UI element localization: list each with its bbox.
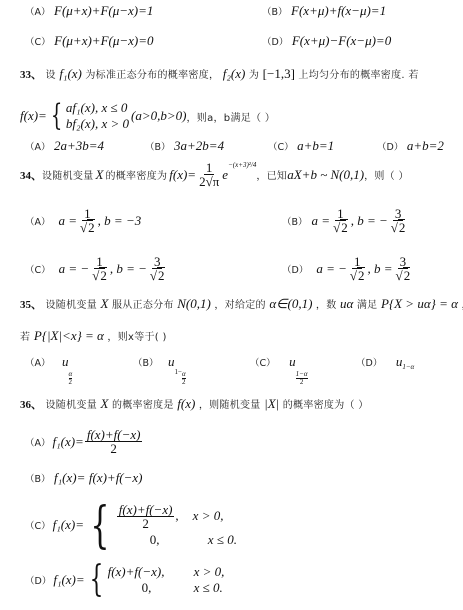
option-label: （D）: [262, 37, 288, 48]
q34-stem: 34、 设随机变量 X 的概率密度为 f(x)= 1 2√π e −(x+3)²…: [20, 161, 409, 188]
option-expr: 2a+3b=4: [54, 138, 104, 153]
stem-text: 设随机变量: [42, 167, 94, 182]
piecewise-cases: af₁(x), x ≤ 0 bf₂(x), x > 0: [66, 100, 129, 132]
stem-text: 的概率密度为（ ）: [283, 400, 369, 411]
stem-text: 设随机变量: [46, 400, 98, 411]
numerator: 1: [204, 161, 215, 175]
stem-text: ，则（ ）: [364, 167, 409, 182]
q36-option-b: （B） f₁(x)= f(x)+f(−x): [25, 470, 143, 486]
option-label: （A）: [25, 435, 51, 449]
case-2: bf₂(x), x > 0: [66, 116, 129, 132]
q36-option-d: （D） f₁(x)= { f(x)+f(−x), x > 0, 0, x ≤ 0…: [25, 562, 224, 598]
math-X: X: [101, 396, 109, 411]
q33-option-b: （B） 3a+2b=4: [145, 138, 224, 154]
comma: ,: [175, 508, 178, 524]
option-label: （A）: [25, 7, 51, 18]
option-label: （B）: [282, 214, 308, 228]
stem-text: ，对给定的: [214, 300, 266, 311]
option-expr: a+b=1: [297, 138, 334, 153]
left-brace-icon: {: [51, 101, 62, 131]
q34-option-c: （C） a = − 1√2 , b = − 3√2: [25, 255, 168, 282]
q36-option-c: （C） f₁(x)= { f(x)+f(−x)2 , x > 0, 0, x ≤…: [25, 500, 237, 550]
question-number: 33、: [20, 69, 42, 81]
q35-option-c: （C） u1−α2: [250, 354, 308, 386]
option-label: （A）: [25, 358, 51, 369]
q32-option-b: （B） F(x+μ)+f(x−μ)=1: [262, 3, 386, 19]
case-value: f(x)+f(−x),: [108, 564, 194, 580]
math-fx: f(x): [177, 396, 195, 411]
option-expr: F(x+μ)+f(x−μ)=1: [291, 3, 386, 18]
stem-text: ，数: [316, 300, 337, 311]
q33-option-a: （A） 2a+3b=4: [25, 138, 104, 154]
math-f1: f₁(x): [59, 66, 82, 81]
option-label: （B）: [145, 142, 171, 153]
option-label: （C）: [268, 142, 294, 153]
option-label: （D）: [377, 142, 403, 153]
stem-text: 服从正态分布: [112, 300, 174, 311]
case-condition: x > 0,: [193, 508, 224, 524]
q33-option-c: （C） a+b=1: [268, 138, 334, 154]
math-f1x: f₁(x)=: [53, 517, 84, 533]
question-number: 35、: [20, 299, 42, 311]
exponent: −(x+3)²/4: [228, 161, 256, 169]
piecewise-cases: f(x)+f(−x), x > 0, 0, x ≤ 0.: [108, 564, 225, 596]
option-expr: F(μ+x)+F(μ−x)=0: [54, 33, 153, 48]
q35-option-b: （B） u1−α2: [133, 354, 186, 386]
stem-text: 上均匀分布的概率密度. 若: [298, 70, 418, 81]
option-label: （D）: [25, 573, 51, 587]
q35-stem-line2: 若 P{|X|<x} = α ，则x等于( ): [20, 328, 167, 344]
math-interval: [−1,3]: [263, 66, 295, 81]
math-f1x: f₁(x)=: [54, 470, 85, 485]
math-X: X: [101, 296, 109, 311]
option-label: （C）: [250, 358, 276, 369]
math-u-alpha: uα: [340, 296, 353, 311]
option-label: （D）: [356, 358, 382, 369]
math-fx: f(x)=: [169, 167, 196, 183]
option-expr: a+b=2: [407, 138, 444, 153]
q33-stem-line1: 33、 设 f₁(x) 为标准正态分布的概率密度， f₂(x) 为 [−1,3]…: [20, 66, 419, 82]
question-number: 34、: [20, 167, 42, 183]
stem-text: 的概率密度为: [105, 167, 167, 182]
left-brace-icon: {: [90, 500, 109, 550]
q35-option-d: （D） u1−α: [356, 354, 414, 371]
stem-text: ，已知: [256, 167, 287, 182]
q33-stem-line2: f(x)= { af₁(x), x ≤ 0 bf₂(x), x > 0 (a>0…: [20, 100, 275, 132]
math-f2: f₂(x): [223, 66, 246, 81]
q34-option-b: （B） a = 1√2 , b = − 3√2: [282, 207, 408, 234]
denominator: 2: [140, 517, 151, 530]
option-label: （A）: [25, 214, 51, 228]
numerator: f(x)+f(−x): [117, 503, 175, 517]
math-condition: (a>0,b>0): [131, 108, 186, 124]
math-alpha-condition: α∈(0,1): [269, 296, 312, 311]
case-condition: x ≤ 0.: [208, 532, 237, 548]
q32-option-c: （C） F(μ+x)+F(μ−x)=0: [25, 33, 154, 49]
math-X: X: [96, 167, 104, 183]
case-value: 0,: [142, 580, 194, 596]
math-probability: P{X > uα} = α: [381, 296, 458, 311]
stem-text: 的概率密度是: [112, 400, 174, 411]
denominator: 2√π: [197, 175, 221, 188]
stem-text: ，则随机变量: [199, 400, 261, 411]
stem-text: ，则x等于( ): [107, 332, 166, 343]
option-label: （B）: [25, 474, 51, 485]
option-expr: F(μ+x)+F(μ−x)=1: [54, 3, 153, 18]
option-expr: F(x+μ)−F(x−μ)=0: [292, 33, 391, 48]
piecewise-cases: f(x)+f(−x)2 , x > 0, 0, x ≤ 0.: [116, 503, 237, 548]
stem-text: 设随机变量: [46, 300, 98, 311]
q33-option-d: （D） a+b=2: [377, 138, 444, 154]
fraction: 1 2√π: [197, 161, 221, 188]
q34-option-a: （A） a = 1√2 , b = −3: [25, 207, 141, 234]
option-label: （C）: [25, 518, 51, 532]
fraction: f(x)+f(−x) 2: [85, 428, 143, 455]
stem-text: 满足: [357, 300, 378, 311]
case-value: 0,: [150, 532, 200, 548]
stem-text: 设: [46, 70, 56, 81]
math-abs-X: |X|: [264, 396, 279, 411]
stem-text: 若: [20, 332, 30, 343]
q35-option-a: （A） uα2: [25, 354, 72, 386]
option-label: （D）: [282, 262, 308, 276]
left-brace-icon: {: [89, 562, 103, 598]
case-condition: x ≤ 0.: [194, 580, 223, 596]
q32-option-d: （D） F(x+μ)−F(x−μ)=0: [262, 33, 391, 49]
stem-text: 为: [249, 70, 259, 81]
math-f1x: f₁(x)=: [53, 572, 84, 588]
math-expr: f(x)+f(−x): [89, 470, 143, 485]
option-label: （B）: [133, 358, 159, 369]
math-distribution: N(0,1): [177, 296, 211, 311]
case-condition: x > 0,: [194, 564, 225, 580]
stem-text: ，则a，b满足（ ）: [186, 109, 275, 124]
option-label: （C）: [25, 262, 51, 276]
numerator: f(x)+f(−x): [85, 428, 143, 442]
option-label: （C）: [25, 37, 51, 48]
q36-option-a: （A） f₁(x)= f(x)+f(−x) 2: [25, 428, 143, 455]
math-fx: f(x)=: [20, 108, 47, 124]
q34-option-d: （D） a = − 1√2 , b = 3√2: [282, 255, 413, 282]
math-e: e: [222, 167, 228, 183]
math-f1x: f₁(x)=: [53, 434, 84, 450]
option-label: （A）: [25, 142, 51, 153]
q36-stem: 36、 设随机变量 X 的概率密度是 f(x) ，则随机变量 |X| 的概率密度…: [20, 396, 369, 412]
question-number: 36、: [20, 399, 42, 411]
case-1: af₁(x), x ≤ 0: [66, 100, 129, 116]
option-label: （B）: [262, 7, 288, 18]
math-probability: P{|X|<x} = α: [34, 328, 104, 343]
option-expr: 3a+2b=4: [174, 138, 224, 153]
math-distribution: aX+b ~ N(0,1): [287, 167, 364, 183]
q35-stem-line1: 35、 设随机变量 X 服从正态分布 N(0,1) ，对给定的 α∈(0,1) …: [20, 296, 463, 312]
stem-text: 为标准正态分布的概率密度，: [85, 70, 219, 81]
q32-option-a: （A） F(μ+x)+F(μ−x)=1: [25, 3, 153, 19]
denominator: 2: [108, 442, 119, 455]
